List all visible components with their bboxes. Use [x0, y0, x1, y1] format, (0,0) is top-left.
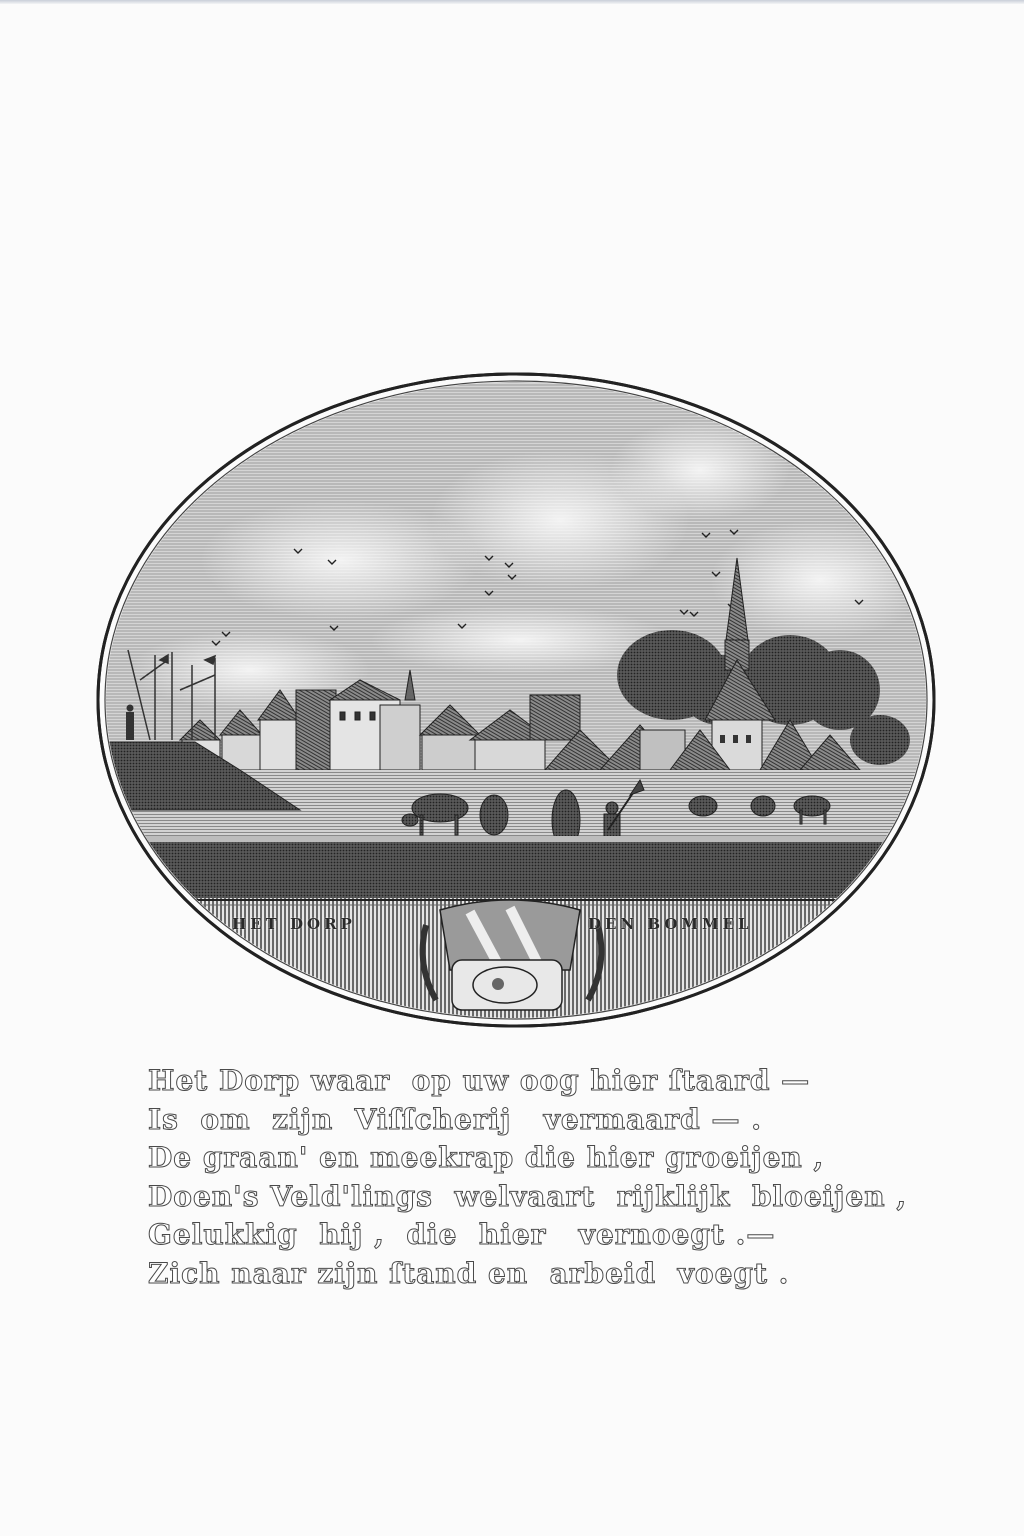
verse-line: Het Dorp waar op uw oog hier ſtaard —	[148, 1062, 908, 1101]
foreground-vegetation	[90, 840, 950, 900]
verse-line: Is om zijn Viſſcherij vermaard — .	[148, 1101, 908, 1140]
engraving-plate: HET DORP DEN BOMMEL	[0, 0, 1024, 1536]
verse-line: Doen's Veld'lings welvaart rijklijk bloe…	[148, 1178, 908, 1217]
verse-line: De graan' en meekrap die hier groeijen ,	[148, 1139, 908, 1178]
cartouche-title-left: HET DORP	[232, 915, 356, 933]
engraving-illustration	[0, 0, 1024, 1536]
figure-on-dyke	[126, 705, 134, 741]
verse-line: Gelukkig hij , die hier vernoegt .—	[148, 1216, 908, 1255]
cartouche-title-right: DEN BOMMEL	[588, 915, 753, 933]
verse-caption: Het Dorp waar op uw oog hier ſtaard — Is…	[148, 1062, 908, 1293]
verse-line: Zich naar zijn ſtand en arbeid voegt .	[148, 1255, 908, 1294]
